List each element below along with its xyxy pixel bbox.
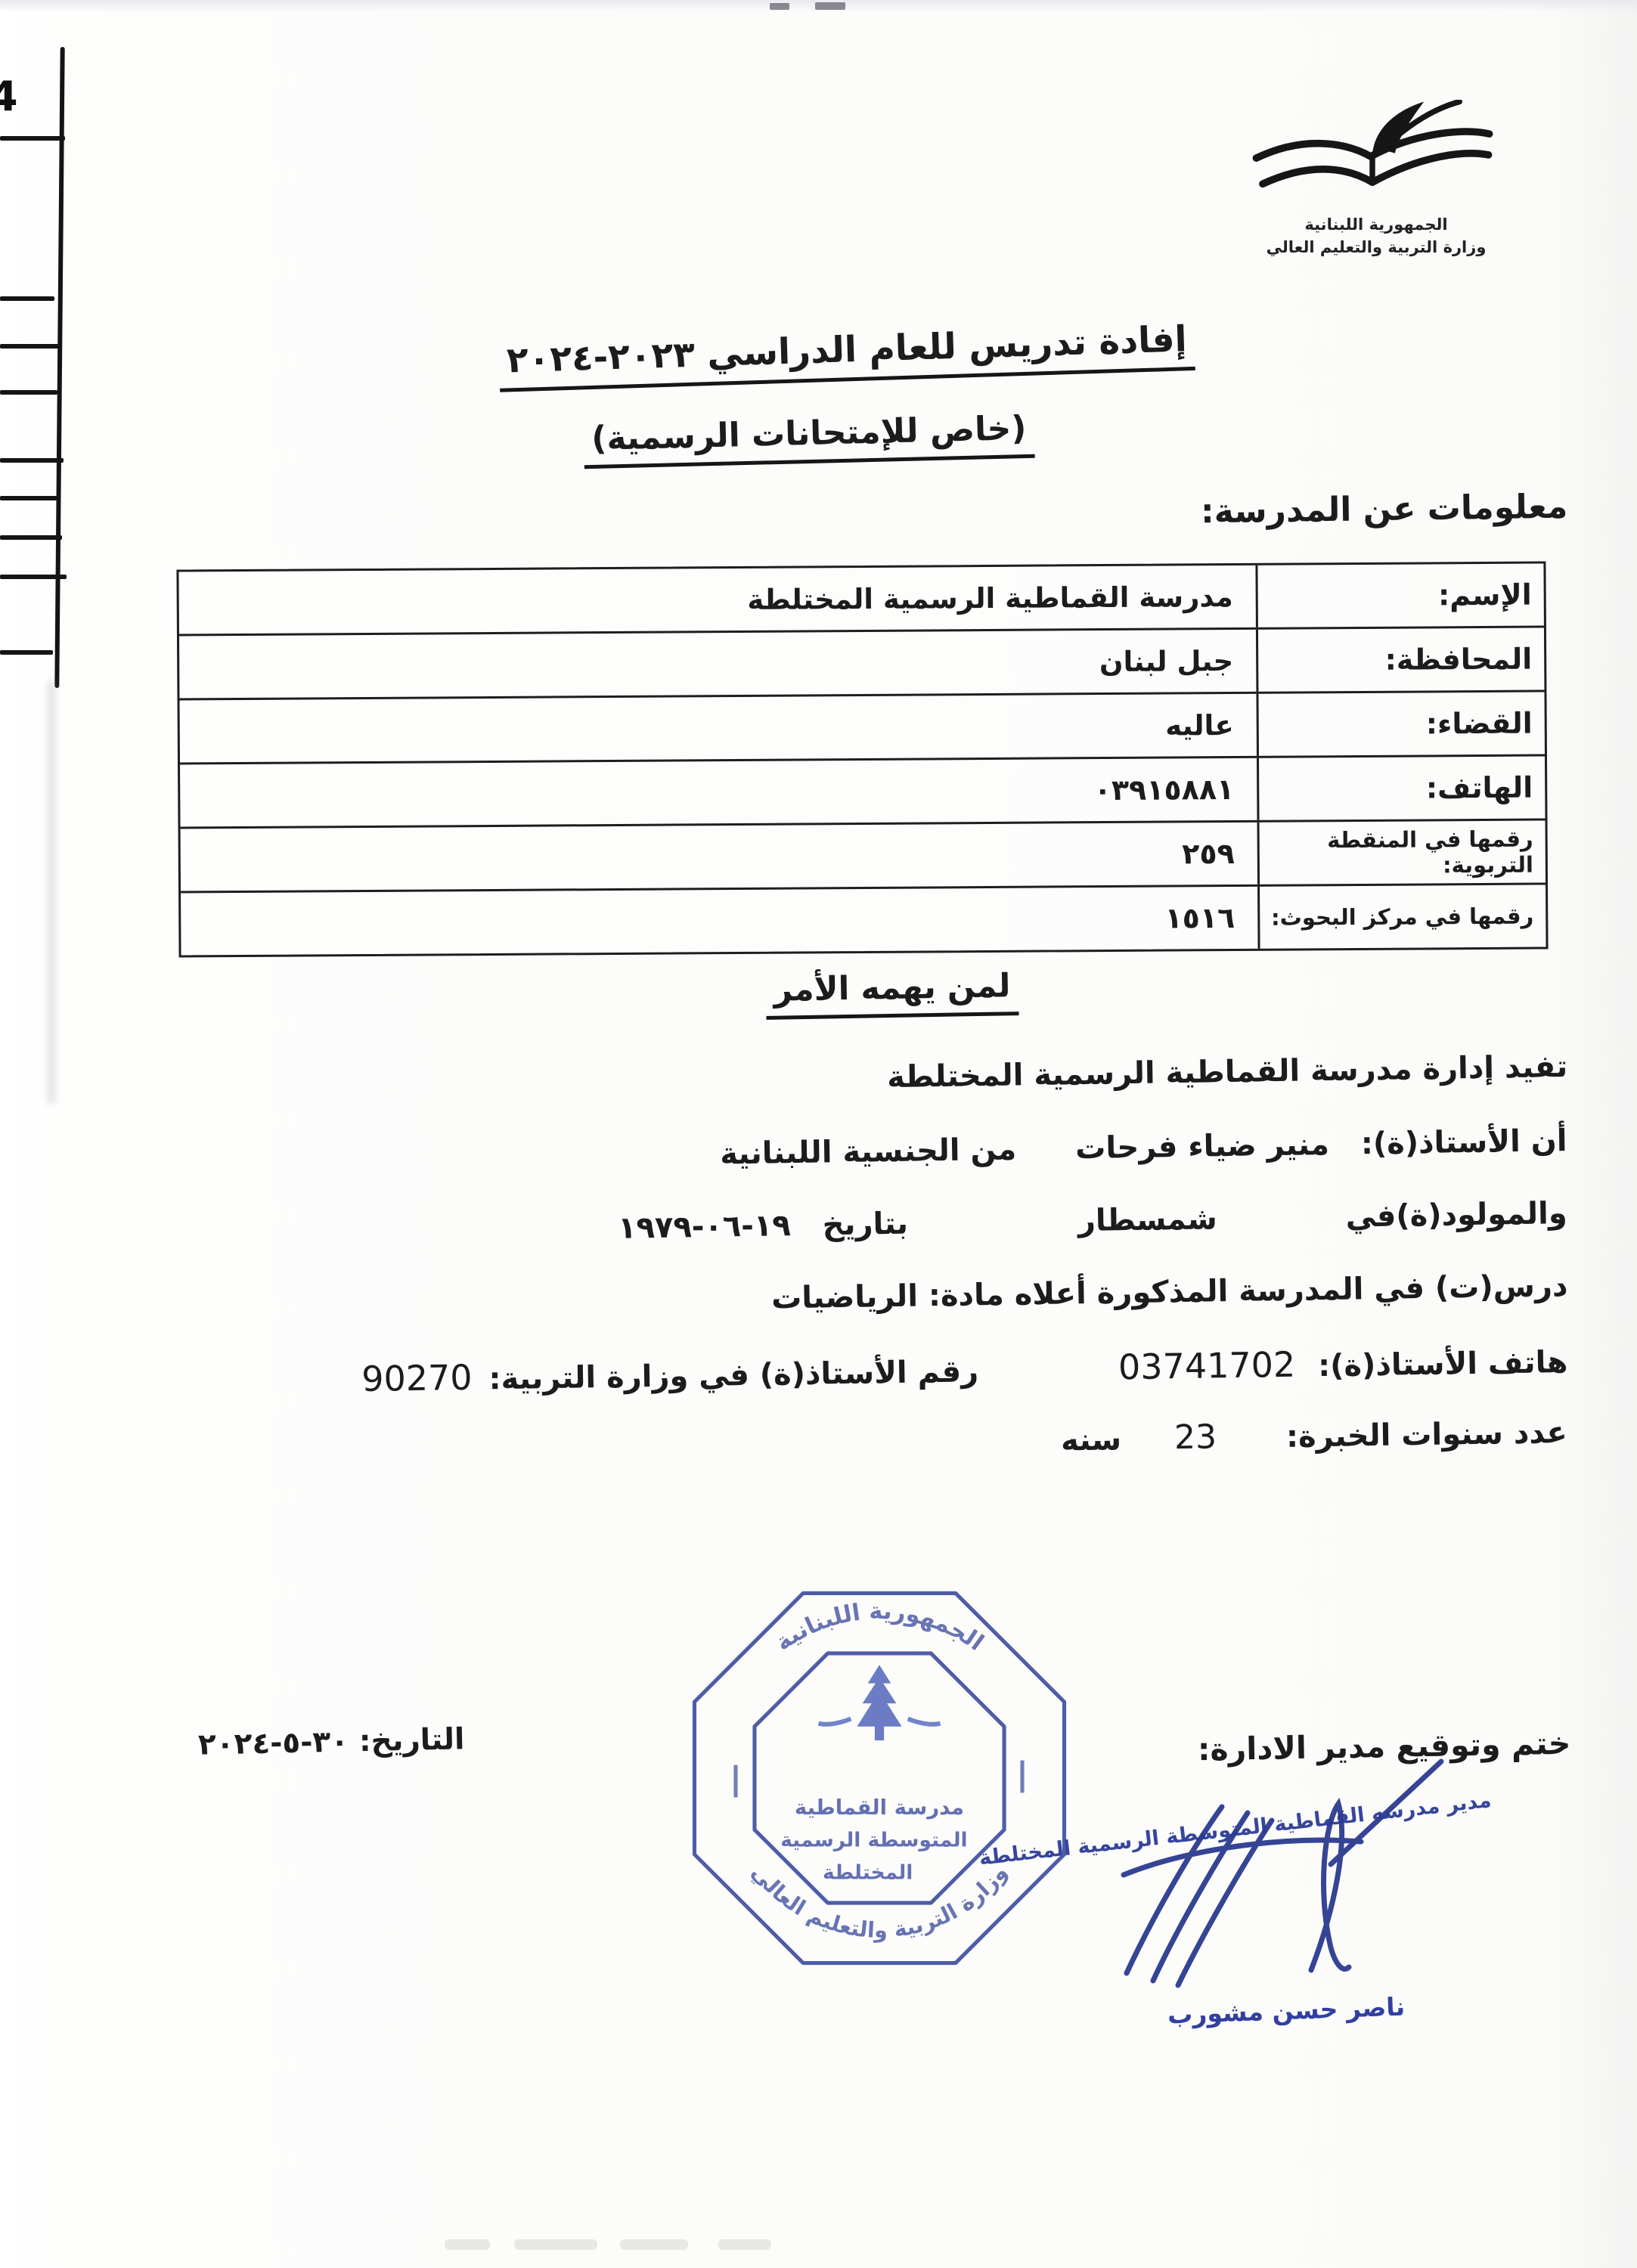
- stamp-school-line3: المختلطة: [823, 1861, 913, 1884]
- stamp-outer-octagon: [694, 1593, 1064, 1963]
- row-value: مدرسة القماطية الرسمية المختلطة: [178, 565, 1255, 634]
- ministry-name-line2: وزارة التربية والتعليم العالي: [1210, 236, 1542, 259]
- date-line: التاريخ:٣٠-٥-٢٠٢٤: [198, 1722, 465, 1761]
- stamp-school-line1: مدرسة القماطية: [795, 1795, 964, 1820]
- cedar-icon: [819, 1665, 941, 1740]
- ruled-line-tick: [0, 535, 62, 540]
- ruled-line-tick: [0, 496, 59, 500]
- teacher-label: أن الأستاذ(ة):: [1361, 1123, 1567, 1161]
- body-line-phone-id: هاتف الأستاذ(ة):03741702رقم الأستاذ(ة) ف…: [361, 1340, 1567, 1399]
- row-label: الهاتف:: [1257, 756, 1545, 820]
- stamp-ring-tick: [1020, 1761, 1024, 1793]
- teacher-phone-label: هاتف الأستاذ(ة):: [1318, 1345, 1568, 1383]
- scan-speck: [815, 2, 845, 10]
- ruled-line-tick: [0, 344, 60, 349]
- teacher-name: منير ضياء فرحات: [1075, 1127, 1329, 1166]
- body-line-teacher: أن الأستاذ(ة):منير ضياء فرحاتمن الجنسية …: [720, 1123, 1567, 1172]
- row-label: الإسم:: [1255, 563, 1543, 627]
- ruled-line-tick: [0, 458, 64, 463]
- ruled-line-tick: [0, 575, 67, 579]
- ministry-name-line1: الجمهورية اللبنانية: [1210, 213, 1542, 236]
- ruled-line-tick: [0, 136, 65, 141]
- page-margin-number: 4: [0, 73, 18, 120]
- row-value: ٠٣٩١٥٨٨١: [180, 758, 1257, 827]
- body-line-birth: والمولود(ة)فيشمسطاربتاريخ١٩-٠٦-١٩٧٩: [618, 1196, 1567, 1246]
- ministry-id: 90270: [361, 1357, 472, 1399]
- page-edge-line: [54, 47, 64, 688]
- ministry-id-label: رقم الأستاذ(ة) في وزارة التربية:: [488, 1354, 978, 1396]
- body-line-certifies: تفيد إدارة مدرسة القماطية الرسمية المختل…: [887, 1049, 1568, 1095]
- salutation: لمن يهمه الأمر: [710, 966, 1074, 1021]
- salutation-text: لمن يهمه الأمر: [766, 967, 1018, 1020]
- row-value: ٢٥٩: [181, 823, 1257, 891]
- director-signature: [1080, 1752, 1458, 2009]
- birthdate: ١٩-٠٦-١٩٧٩: [618, 1208, 791, 1246]
- stamp-school-line2: المتوسطة الرسمية: [780, 1829, 968, 1852]
- document-title: إفادة تدريس للعام الدراسي ٢٠٢٣-٢٠٢٤: [498, 319, 1165, 392]
- row-label: القضاء:: [1256, 692, 1544, 755]
- ruled-line-tick: [0, 296, 54, 301]
- birthdate-label: بتاريخ: [823, 1207, 909, 1243]
- table-row: المحافظة: جبل لبنان: [179, 625, 1544, 698]
- school-info-table: الإسم: مدرسة القماطية الرسمية المختلطة ا…: [176, 561, 1548, 957]
- row-value: عاليه: [180, 694, 1257, 763]
- body-line-subject: درس(ت) في المدرسة المذكورة أعلاه مادة: ا…: [770, 1269, 1567, 1316]
- row-value: ١٥١٦: [181, 887, 1257, 956]
- table-row: رقمها في مركز البحوث: ١٥١٦: [181, 882, 1546, 955]
- row-value: جبل لبنان: [179, 630, 1256, 699]
- table-row: الهاتف: ٠٣٩١٥٨٨١: [180, 754, 1545, 826]
- experience-label: عدد سنوات الخبرة:: [1286, 1415, 1568, 1455]
- scan-speck: [770, 3, 789, 10]
- scanned-document-page: 4 الجمهورية اللبنانية وزارة التربية والت…: [0, 0, 1637, 2268]
- ruled-line-tick: [0, 650, 53, 655]
- ministry-logo-book-icon: [1251, 100, 1493, 213]
- teacher-phone: 03741702: [1118, 1344, 1295, 1388]
- table-row: الإسم: مدرسة القماطية الرسمية المختلطة: [178, 563, 1543, 634]
- teacher-nationality: من الجنسية اللبنانية: [720, 1132, 1017, 1171]
- body-line-experience: عدد سنوات الخبرة:23سنه: [1061, 1412, 1567, 1459]
- document-subtitle: (خاص للإمتحانات الرسمية): [574, 408, 1043, 469]
- date-value: ٣٠-٥-٢٠٢٤: [198, 1725, 349, 1762]
- document-subtitle-text: (خاص للإمتحانات الرسمية): [584, 409, 1035, 469]
- table-row: رقمها في المنقطة التربوية: ٢٥٩: [181, 818, 1546, 891]
- birthplace: شمسطار: [1078, 1201, 1218, 1238]
- document-title-text: إفادة تدريس للعام الدراسي ٢٠٢٣-٢٠٢٤: [498, 318, 1195, 392]
- stamp-ring-top-text: الجمهورية اللبنانية: [770, 1598, 988, 1656]
- experience-unit: سنه: [1061, 1422, 1122, 1458]
- row-label: رقمها في مركز البحوث:: [1257, 885, 1546, 948]
- official-stamp: الجمهورية اللبنانية وزارة التربية والتعل…: [675, 1574, 1084, 1982]
- date-label: التاريخ:: [359, 1722, 465, 1758]
- svg-text:الجمهورية اللبنانية: الجمهورية اللبنانية: [770, 1598, 988, 1656]
- school-info-heading: معلومات عن المدرسة:: [1200, 488, 1567, 531]
- experience-years: 23: [1174, 1417, 1217, 1457]
- ruled-line-tick: [0, 390, 57, 395]
- stamp-ring-tick: [733, 1765, 737, 1798]
- page-edge-shadow: [47, 680, 56, 1104]
- row-label: المحافظة:: [1256, 627, 1544, 691]
- born-label: والمولود(ة)في: [1346, 1196, 1568, 1235]
- ministry-name: الجمهورية اللبنانية وزارة التربية والتعل…: [1210, 213, 1542, 259]
- table-row: القضاء: عاليه: [179, 689, 1544, 762]
- row-label: رقمها في المنقطة التربوية:: [1257, 820, 1546, 884]
